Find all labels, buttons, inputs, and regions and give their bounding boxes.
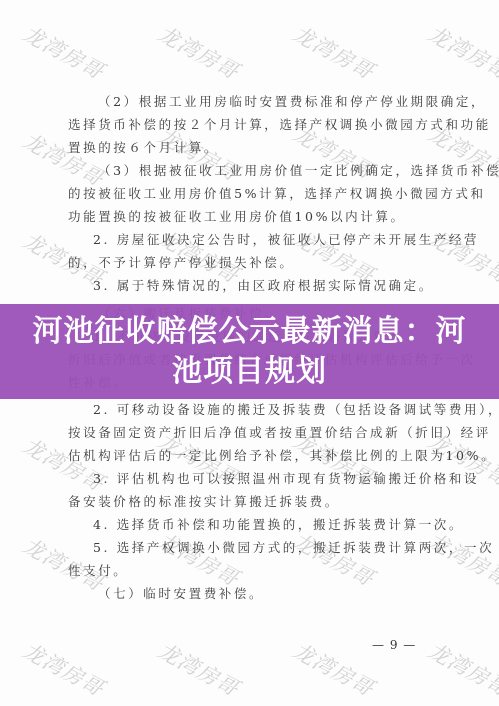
document-line: 备安装价格的标准按实计算搬迁拆装费。: [68, 494, 340, 510]
headline-title: 河池征收赔偿公示最新消息：河池项目规划: [30, 312, 470, 392]
document-line: 功能置换的按被征收工业用房价值10%以内计算。: [68, 209, 406, 225]
document-line: 4. 选择货币补偿和功能置换的，搬迁拆装费计算一次。: [93, 517, 464, 533]
document-line: 3. 评估机构也可以按照温州市现有货物运输搬迁价格和设: [93, 471, 479, 487]
document-line: （2）根据工业用房临时安置费标准和停产停业期限确定，: [98, 94, 486, 110]
document-line: （七）临时安置费补偿。: [98, 586, 264, 602]
page-number: — 9 —: [372, 638, 416, 652]
document-line: 2. 可移动设备设施的搬迁及拆装费（包括设备调试等费用），: [93, 402, 499, 418]
document-line: 选择货币补偿的按２个月计算，选择产权调换小微园方式和功能: [68, 117, 491, 133]
document-line: 性支付。: [68, 563, 128, 579]
watermark: 龙湾房哥: [288, 635, 380, 703]
document-line: 估机构评估后的一定比例给予补偿，其补偿比例的上限为10%。: [68, 448, 496, 464]
watermark: 龙湾房哥: [153, 18, 245, 86]
document-line: 2. 房屋征收决定公告时，被征收人已停产未开展生产经营: [93, 232, 479, 248]
document-line: 的，不予计算停产停业损失补偿。: [68, 255, 295, 271]
watermark: 龙湾房哥: [423, 525, 499, 593]
document-line: （3）根据被征收工业用房价值一定比例确定，选择货币补偿: [98, 163, 499, 179]
document-line: 置换的按６个月计算。: [68, 140, 219, 156]
document-line: 按设备固定资产折旧后净值或者按重置价结合成新（折旧）经评: [68, 425, 491, 441]
watermark: 龙湾房哥: [288, 525, 380, 593]
watermark: 龙湾房哥: [153, 635, 245, 703]
watermark: 龙湾房哥: [288, 18, 380, 86]
watermark: 龙湾房哥: [423, 635, 499, 703]
watermark: 龙湾房哥: [423, 18, 499, 86]
document-page: 龙湾房哥 龙湾房哥 龙湾房哥 龙湾房哥 龙湾房哥 龙湾房哥 龙湾房哥 龙湾房哥 …: [0, 0, 499, 706]
watermark: 龙湾房哥: [18, 18, 110, 86]
watermark: 龙湾房哥: [18, 635, 110, 703]
document-line: 5. 选择产权调换小微园方式的，搬迁拆装费计算两次，一次: [93, 540, 494, 556]
watermark: 龙湾房哥: [153, 525, 245, 593]
watermark: 龙湾房哥: [18, 125, 110, 193]
document-line: 3. 属于特殊情况的，由区政府根据实际情况确定。: [93, 278, 434, 294]
document-line: 的按被征收工业用房价值5%计算，选择产权调换小微园方式和: [68, 186, 486, 202]
headline-banner: 河池征收赔偿公示最新消息：河池项目规划: [0, 304, 499, 399]
